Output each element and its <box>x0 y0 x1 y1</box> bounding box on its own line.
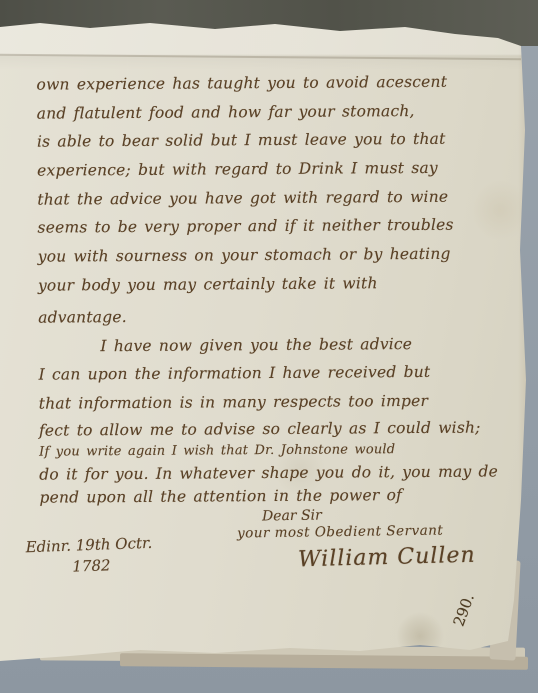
signature-william-cullen: William Cullen <box>298 543 476 573</box>
stacked-sheet-edge <box>120 653 528 670</box>
letter-line: own experience has taught you to avoid a… <box>36 72 498 104</box>
closing-valediction: your most Obedient Servant <box>237 523 444 542</box>
letter-line: is able to bear solid but I must leave y… <box>37 130 499 162</box>
dateline-place-date: Edinr. 19th Octr. <box>25 534 152 556</box>
letter-line: your body you may certainly take it with <box>38 273 500 308</box>
letter-line: I can upon the information I have receiv… <box>38 363 500 395</box>
letter-line: that information is in many respects too… <box>39 391 501 421</box>
letter-line: fect to allow me to advise so clearly as… <box>39 418 501 444</box>
closing-salutation: Dear Sir <box>262 507 322 524</box>
letter-line: and flatulent food and how far your stom… <box>37 101 499 133</box>
letter-line: do it for you. In whatever shape you do … <box>39 462 501 488</box>
letter-line: advantage. <box>38 305 500 337</box>
letter-line: that the advice you have got with regard… <box>37 187 499 219</box>
letter-line: I have now given you the best advice <box>38 334 500 366</box>
letter-line: experience; but with regard to Drink I m… <box>37 158 499 190</box>
letter-line: seems to be very proper and if it neithe… <box>37 216 499 248</box>
letter-body: own experience has taught you to avoid a… <box>36 72 501 517</box>
letter-line: you with sourness on your stomach or by … <box>38 245 500 277</box>
dateline: Edinr. 19th Octr. 1782 <box>25 534 153 577</box>
manuscript-photo: own experience has taught you to avoid a… <box>0 0 538 693</box>
